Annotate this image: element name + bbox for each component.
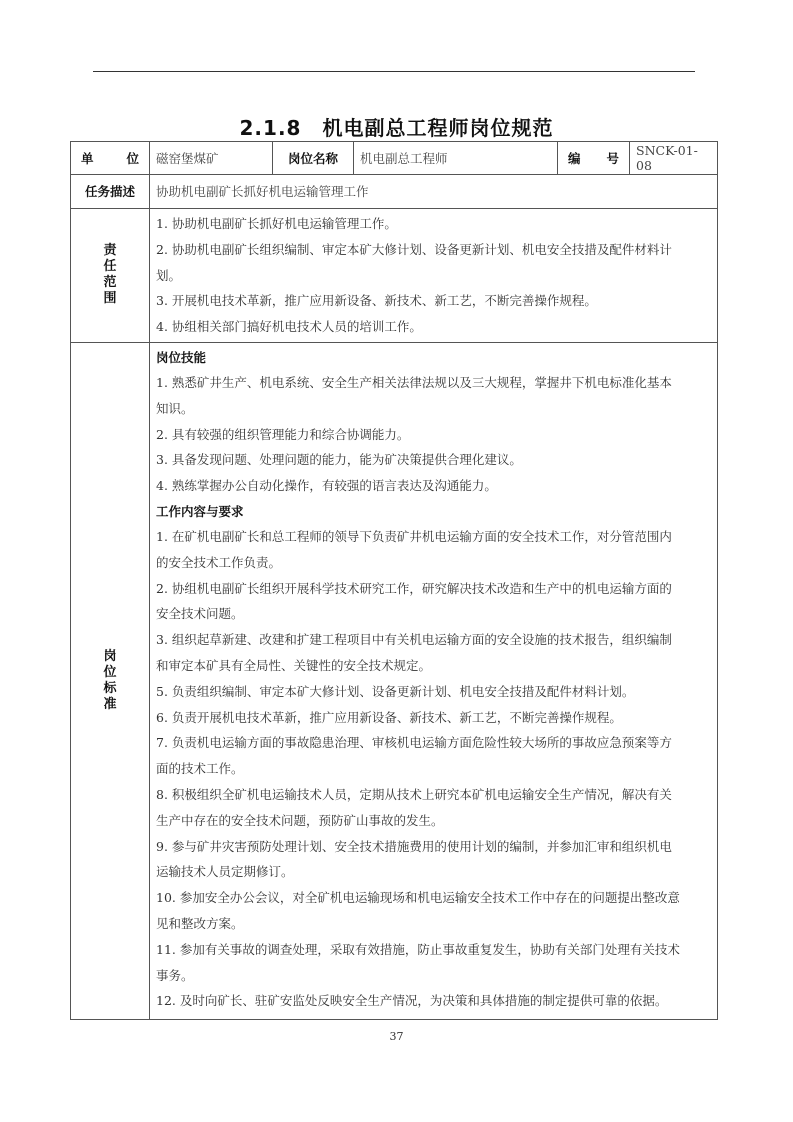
responsibility-line: 4. 协组相关部门搞好机电技术人员的培训工作。 <box>156 314 711 340</box>
unit-value: 磁窑堡煤矿 <box>150 142 273 175</box>
responsibility-line: 2. 协助机电副矿长组织编制、审定本矿大修计划、设备更新计划、机电安全技措及配件… <box>156 237 711 263</box>
work-line: 和审定本矿具有全局性、关键性的安全技术规定。 <box>156 653 711 679</box>
skills-line: 知识。 <box>156 396 711 422</box>
label-char: 准 <box>77 697 143 713</box>
standard-label: 岗 位 标 准 <box>71 342 150 1019</box>
header-rule <box>93 71 695 72</box>
responsibility-content: 1. 协助机电副矿长抓好机电运输管理工作。 2. 协助机电副矿长组织编制、审定本… <box>150 209 718 343</box>
skills-line: 1. 熟悉矿井生产、机电系统、安全生产相关法律法规以及三大规程，掌握井下机电标准… <box>156 370 711 396</box>
label-char: 范 <box>77 275 143 291</box>
unit-label-char: 单 <box>81 149 94 167</box>
work-line: 10. 参加安全办公会议，对全矿机电运输现场和机电运输安全技术工作中存在的问题提… <box>156 885 711 911</box>
job-spec-table: 单 位 磁窑堡煤矿 岗位名称 机电副总工程师 编 号 SNCK-01-08 任务… <box>70 141 718 1020</box>
label-char: 任 <box>77 259 143 275</box>
work-line: 3. 组织起草新建、改建和扩建工程项目中有关机电运输方面的安全设施的技术报告，组… <box>156 627 711 653</box>
work-heading: 工作内容与要求 <box>156 499 711 524</box>
work-line: 12. 及时向矿长、驻矿安监处反映安全生产情况，为决策和具体措施的制定提供可靠的… <box>156 988 711 1014</box>
work-line: 运输技术人员定期修订。 <box>156 859 711 885</box>
work-line: 2. 协组机电副矿长组织开展科学技术研究工作，研究解决技术改造和生产中的机电运输… <box>156 576 711 602</box>
work-line: 7. 负责机电运输方面的事故隐患治理、审核机电运输方面危险性较大场所的事故应急预… <box>156 730 711 756</box>
skills-line: 4. 熟练掌握办公自动化操作，有较强的语言表达及沟通能力。 <box>156 473 711 499</box>
label-char: 位 <box>77 665 143 681</box>
work-line: 生产中存在的安全技术问题，预防矿山事故的发生。 <box>156 808 711 834</box>
label-char: 标 <box>77 681 143 697</box>
label-char: 岗 <box>77 649 143 665</box>
responsibility-line: 划。 <box>156 263 711 289</box>
task-label: 任务描述 <box>71 175 150 209</box>
responsibility-label: 责 任 范 围 <box>71 209 150 343</box>
label-char: 围 <box>77 291 143 307</box>
work-line: 见和整改方案。 <box>156 911 711 937</box>
skills-line: 2. 具有较强的组织管理能力和综合协调能力。 <box>156 422 711 448</box>
standard-content: 岗位技能 1. 熟悉矿井生产、机电系统、安全生产相关法律法规以及三大规程，掌握井… <box>150 342 718 1019</box>
code-value: SNCK-01-08 <box>630 142 718 175</box>
label-char: 责 <box>77 243 143 259</box>
code-label-cell: 编 号 <box>558 142 630 175</box>
code-label-char: 编 <box>568 149 581 167</box>
work-line: 8. 积极组织全矿机电运输技术人员，定期从技术上研究本矿机电运输安全生产情况，解… <box>156 782 711 808</box>
responsibility-line: 3. 开展机电技术革新，推广应用新设备、新技术、新工艺，不断完善操作规程。 <box>156 288 711 314</box>
work-line: 事务。 <box>156 963 711 989</box>
responsibility-line: 1. 协助机电副矿长抓好机电运输管理工作。 <box>156 211 711 237</box>
page-number: 37 <box>0 1030 793 1043</box>
work-line: 5. 负责组织编制、审定本矿大修计划、设备更新计划、机电安全技措及配件材料计划。 <box>156 679 711 705</box>
work-line: 1. 在矿机电副矿长和总工程师的领导下负责矿井机电运输方面的安全技术工作，对分管… <box>156 524 711 550</box>
responsibility-row: 责 任 范 围 1. 协助机电副矿长抓好机电运输管理工作。 2. 协助机电副矿长… <box>71 209 718 343</box>
code-label-char: 号 <box>606 149 619 167</box>
position-label: 岗位名称 <box>273 142 354 175</box>
skills-heading: 岗位技能 <box>156 345 711 370</box>
position-value: 机电副总工程师 <box>354 142 558 175</box>
work-line: 的安全技术工作负责。 <box>156 550 711 576</box>
task-row: 任务描述 协助机电副矿长抓好机电运输管理工作 <box>71 175 718 209</box>
skills-line: 3. 具备发现问题、处理问题的能力，能为矿决策提供合理化建议。 <box>156 447 711 473</box>
unit-label-cell: 单 位 <box>71 142 150 175</box>
work-line: 6. 负责开展机电技术革新，推广应用新设备、新技术、新工艺，不断完善操作规程。 <box>156 705 711 731</box>
page-title: 2.1.8 机电副总工程师岗位规范 <box>0 112 793 141</box>
work-line: 安全技术问题。 <box>156 601 711 627</box>
work-line: 面的技术工作。 <box>156 756 711 782</box>
info-row: 单 位 磁窑堡煤矿 岗位名称 机电副总工程师 编 号 SNCK-01-08 <box>71 142 718 175</box>
work-line: 9. 参与矿井灾害预防处理计划、安全技术措施费用的使用计划的编制，并参加汇审和组… <box>156 834 711 860</box>
unit-label-char: 位 <box>126 149 139 167</box>
work-line: 11. 参加有关事故的调查处理，采取有效措施，防止事故重复发生，协助有关部门处理… <box>156 937 711 963</box>
task-value: 协助机电副矿长抓好机电运输管理工作 <box>150 175 718 209</box>
standard-row: 岗 位 标 准 岗位技能 1. 熟悉矿井生产、机电系统、安全生产相关法律法规以及… <box>71 342 718 1019</box>
